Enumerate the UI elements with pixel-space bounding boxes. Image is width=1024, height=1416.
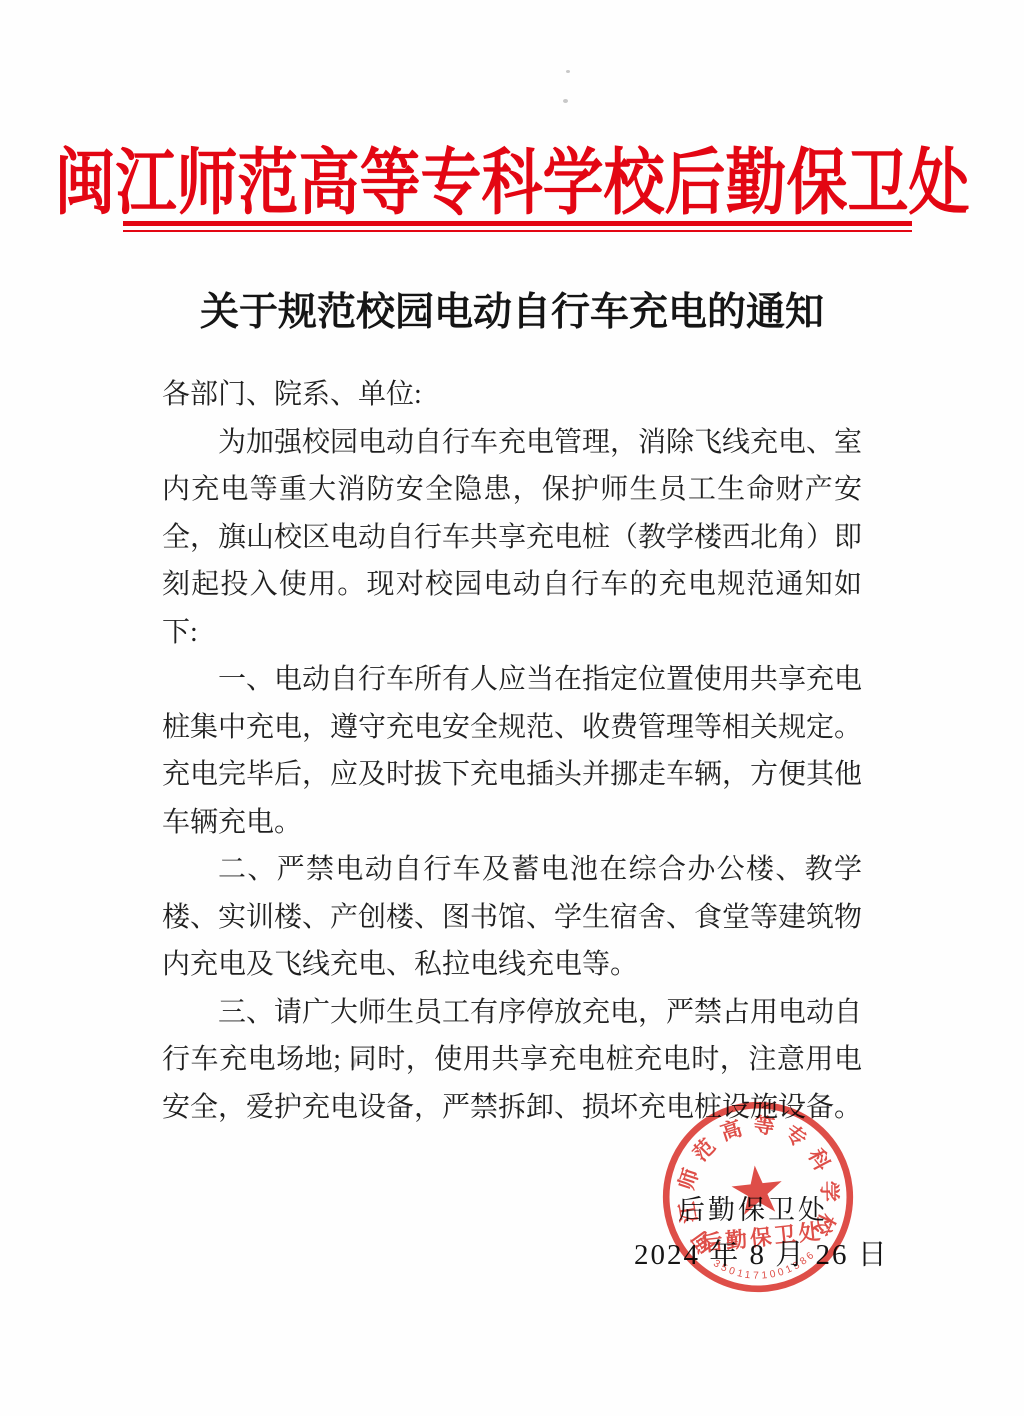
official-seal-stamp: 闽江师范高等专科学校 后勤保卫处 3501171001386 (646, 1085, 870, 1309)
salutation-line: 各部门、院系、单位: (162, 371, 862, 419)
seal-star-icon (730, 1163, 785, 1216)
letterhead-org-name: 闽江师范高等专科学校后勤保卫处 (0, 126, 1024, 229)
seal-dept-name: 后勤保卫处 (700, 1218, 824, 1256)
body-paragraph-item-1: 一、电动自行车所有人应当在指定位置使用共享充电桩集中充电，遵守充电安全规范、收费… (162, 656, 862, 846)
body-paragraph-item-2: 二、严禁电动自行车及蓄电池在综合办公楼、教学楼、实训楼、产创楼、图书馆、学生宿舍… (162, 846, 862, 989)
body-paragraph-intro: 为加强校园电动自行车充电管理，消除飞线充电、室内充电等重大消防安全隐患，保护师生… (162, 419, 862, 657)
scan-artifact-dot (563, 99, 568, 103)
document-title: 关于规范校园电动自行车充电的通知 (0, 281, 1024, 337)
letterhead-double-rule (123, 221, 912, 232)
notice-document-page: 闽江师范高等专科学校后勤保卫处 关于规范校园电动自行车充电的通知 各部门、院系、… (0, 0, 1024, 1416)
seal-graphic: 闽江师范高等专科学校 后勤保卫处 3501171001386 (646, 1085, 870, 1309)
scan-artifact-dot (566, 70, 570, 73)
rule-thin-line (123, 230, 912, 232)
rule-thick-line (123, 221, 912, 226)
document-body: 各部门、院系、单位: 为加强校园电动自行车充电管理，消除飞线充电、室内充电等重大… (162, 371, 862, 1131)
